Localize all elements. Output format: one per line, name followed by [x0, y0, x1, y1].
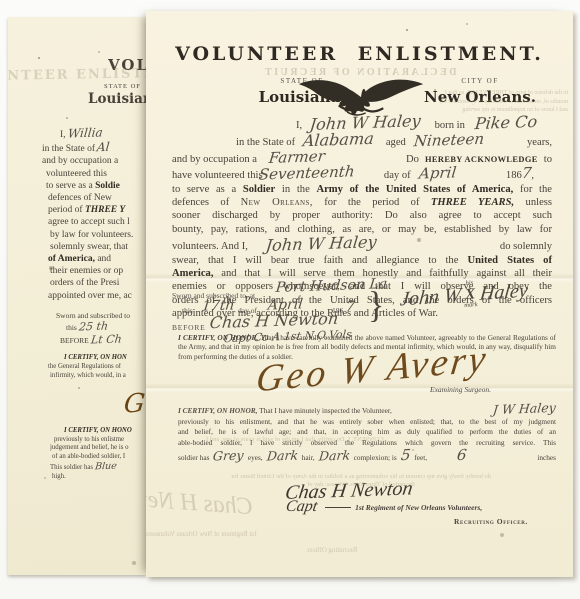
left-page-line: their enemies or op: [50, 265, 146, 277]
print-text: do solemnly: [500, 240, 552, 253]
enlistment-month-handwritten: April: [418, 166, 457, 182]
bleedthrough-line: do hereby freely give my consent to his …: [231, 473, 491, 480]
bleedthrough-text: 1st Regiment of New Orleans Volunteers: [146, 531, 257, 538]
rank-handwritten: Capt: [284, 498, 318, 516]
main-page: VOLUNTEER ENLISTMENT. DECLARATION OF REC…: [146, 11, 573, 577]
sworn-day-handwritten: 17th: [201, 298, 235, 313]
print-text: New Orleans,: [241, 197, 313, 208]
print-text: sooner discharged by proper authority: D…: [172, 210, 552, 221]
print-text: previously to his enlistme: [54, 436, 124, 443]
bleedthrough-text: Recruiting Officer.: [306, 547, 357, 554]
left-page-line: agree to accept such l: [48, 216, 146, 228]
print-text: to: [544, 153, 552, 166]
oath-line: defences of New Orleans, for the period …: [172, 196, 552, 209]
print-text: BEFORE: [172, 323, 206, 332]
x-mark: X: [465, 287, 476, 303]
surgeon-title: Examining Surgeon.: [430, 385, 491, 394]
bold-text: of America,: [48, 254, 95, 264]
left-page-line: appointed over me, ac: [48, 290, 146, 302]
print-text: THREE YEARS,: [431, 197, 514, 208]
eyes-handwritten: Grey: [213, 450, 245, 464]
bold-text: THREE Y: [85, 205, 125, 215]
signature-last-name: Haley: [479, 279, 529, 306]
height-inches-handwritten: 6: [456, 448, 467, 463]
print-text: BEFORE: [60, 336, 91, 345]
print-text: day of: [384, 169, 411, 182]
print-text: and by occupation a: [172, 153, 257, 166]
print-text: I CERTIFY, ON HON: [64, 354, 127, 361]
left-page-line: the General Regulations of: [48, 363, 146, 372]
print-text: of an able-bodied soldier, I: [52, 453, 125, 460]
print-text: feet,: [414, 453, 427, 464]
print-text: inches: [537, 453, 556, 464]
city-label: CITY OF: [410, 77, 550, 85]
print-text: orders of the Presi: [50, 278, 119, 288]
enlistment-day-handwritten: Seventeenth: [258, 165, 355, 183]
print-text: agree to accept such l: [48, 217, 130, 227]
his-mark-group: his X mark: [463, 280, 478, 309]
certificate-line: I CERTIFY, ON HONOR, That I have minutel…: [178, 403, 556, 417]
print-text: complexion; is: [354, 453, 397, 464]
print-text: by law for volunteers.: [50, 230, 133, 240]
oath-line: and by occupation a Farmer Do HEREBY ACK…: [172, 150, 552, 166]
print-text: United States of: [467, 255, 552, 266]
print-text: and by occupation a: [42, 156, 118, 166]
oath-line: to serve as a Soldier in the Army of the…: [172, 183, 552, 196]
print-text: for the: [520, 184, 552, 195]
left-page-line: I CERTIFY, ON HON: [64, 354, 146, 363]
handwritten-text: Willia: [67, 127, 103, 140]
left-page-line: infirmity, which would, in a: [50, 372, 146, 381]
print-text: I CERTIFY, ON HONO: [64, 427, 132, 434]
certify-lead: I CERTIFY, ON HONOR,: [178, 333, 258, 342]
print-text: to serve as a: [46, 181, 95, 191]
left-page-line: defences of New: [48, 192, 146, 204]
ink-speck: [406, 29, 408, 31]
print-text: soldier has: [178, 453, 209, 464]
age-handwritten: Nineteen: [413, 132, 485, 149]
print-text: Sworn and subscribed to: [56, 311, 130, 320]
bleedthrough-text: CONSENT. I, Do certify, that I am the of…: [206, 435, 536, 444]
print-text: solemnly swear, that: [50, 242, 128, 252]
print-text: Louisiana,: [88, 91, 146, 107]
certify-lead: I CERTIFY, ON HONOR,: [178, 406, 257, 417]
left-page-line: I, Willia: [60, 127, 146, 141]
left-page: UNTEER ENLISTMEN VOL STATE OF Louisiana,…: [8, 17, 146, 575]
left-page-line: volunteered this: [46, 168, 146, 180]
mark-label: mark: [464, 302, 478, 309]
print-text: I,: [296, 119, 302, 132]
print-text: infirmity, which would, in a: [50, 372, 126, 379]
print-text: previously to his enlistment, and that h…: [178, 417, 556, 426]
print-text: Do: [406, 153, 419, 166]
print-text: their enemies or op: [50, 266, 123, 276]
print-text: appointed over me, ac: [48, 291, 132, 301]
print-text: have volunteered this: [172, 169, 263, 182]
handwritten-text: G: [124, 391, 146, 417]
left-page-line: previously to his enlistme: [54, 436, 146, 445]
print-text: years,: [527, 136, 552, 149]
print-text: STATE OF: [104, 83, 141, 90]
left-page-line: in the State of Al: [42, 141, 146, 155]
print-text: in the: [282, 184, 310, 195]
recruiter-certificate: I CERTIFY, ON HONOR, That I have minutel…: [178, 403, 556, 464]
left-page-line: Louisiana,: [88, 91, 146, 107]
volunteer-signature: John W his X mark Haley: [399, 277, 528, 314]
left-page-line: of an able-bodied soldier, I: [52, 453, 146, 462]
print-text: Army of the United States of America,: [316, 184, 513, 195]
print-text: the General Regulations of: [48, 363, 121, 370]
print-text: this: [66, 323, 79, 332]
ink-speck: [38, 57, 40, 59]
enlistment-year: 1867,: [506, 166, 534, 182]
left-page-line: orders of the Presi: [50, 277, 146, 289]
print-text: high.: [52, 473, 66, 480]
print-text: Soldier: [243, 184, 275, 195]
volunteer-name-handwritten: John W Haley: [265, 234, 378, 254]
document-title: VOLUNTEER ENLISTMENT.: [146, 43, 573, 65]
print-text: and: [95, 254, 111, 264]
dash-rule: [325, 507, 351, 508]
print-text: This soldier has: [50, 464, 95, 471]
complexion-handwritten: Dark: [318, 450, 350, 464]
left-page-line: STATE OF: [104, 82, 146, 91]
left-page-line: to serve as a Soldie: [46, 180, 146, 192]
print-text: unless: [526, 197, 552, 208]
ghost-title-text: UNTEER ENLISTMEN: [8, 65, 146, 84]
print-text: volunteers. And I,: [172, 240, 248, 253]
certificate-line: soldier has Grey eyes, Dark hair, Dark c…: [178, 448, 556, 464]
left-page-line: Sworn and subscribed to: [56, 310, 146, 322]
print-text: ,: [354, 306, 356, 315]
handwritten-text: Blue: [94, 462, 117, 472]
left-page-line: I CERTIFY, ON HONO: [64, 427, 146, 436]
handwritten-text: 25 th: [78, 321, 108, 333]
oath-line: sooner discharged by proper authority: D…: [172, 209, 552, 222]
regiment-name: 1st Regiment of New Orleans Volunteers,: [355, 503, 482, 512]
hair-handwritten: Dark: [266, 450, 298, 464]
handwritten-text: Lt Ch: [90, 334, 122, 346]
left-page-line: BEFORE Lt Ch: [60, 334, 146, 347]
certify-body: That I have minutely inspected the Volun…: [259, 406, 392, 417]
oath-line: in the State of Alabama aged Nineteen ye…: [172, 132, 552, 149]
print-text: hair,: [302, 453, 315, 464]
oath-line: swear, that I will bear true faith and a…: [172, 254, 552, 267]
bleedthrough-line: the period of Three Years. Witness: day …: [307, 481, 415, 488]
certificate-line: previously to his enlistment, and that h…: [178, 417, 556, 428]
print-text: defences of New: [48, 193, 112, 203]
height-feet-handwritten: 5: [400, 448, 411, 463]
print-text: aged: [386, 136, 406, 149]
bleedthrough-text: do hereby freely give my consent to his …: [156, 473, 566, 490]
signature-first-name: John W: [399, 284, 462, 311]
print-text: for the period of: [324, 197, 419, 208]
volunteer-name-handwritten: J W Haley: [493, 402, 557, 417]
left-page-line: high.: [52, 473, 146, 482]
left-page-line: judgement and belief, he is o: [50, 444, 146, 453]
bold-text: Soldie: [95, 181, 120, 191]
left-page-line: period of THREE Y: [48, 204, 146, 216]
left-page-line: solemnly swear, that: [50, 241, 146, 253]
brace-glyph: }: [368, 285, 384, 327]
print-text: eyes,: [248, 453, 263, 464]
print-text: to serve as a: [172, 184, 236, 195]
print-text: swear, that I will bear true faith and a…: [172, 255, 458, 266]
left-page-line: of America, and: [48, 253, 146, 265]
print-text: in the State of: [42, 144, 97, 154]
left-page-line: this 25 th: [66, 321, 146, 334]
print-text: judgement and belief, he is o: [50, 444, 129, 451]
recruiting-officer-title: Recruiting Officer.: [454, 517, 528, 526]
year-digit-handwritten: 7: [521, 166, 532, 181]
print-text: volunteered this: [46, 169, 107, 179]
left-page-line: and by occupation a: [42, 155, 146, 167]
handwritten-text: Al: [97, 141, 111, 153]
oath-line: volunteers. And I, John W Haley do solem…: [172, 236, 552, 253]
left-page-line: This soldier has Blue: [50, 462, 146, 473]
left-page-line: by law for volunteers.: [50, 229, 146, 241]
print-text: 186: [506, 170, 522, 181]
bleedthrough-text: to the defence of term of THREE YEARS, s…: [438, 89, 568, 115]
print-text: defences of: [172, 197, 229, 208]
left-page-partial-signature: G: [124, 391, 146, 417]
print-text: this: [182, 306, 193, 315]
print-text: America,: [172, 268, 213, 279]
print-text: period of: [48, 205, 85, 215]
oath-line: have volunteered this Seventeenth day of…: [172, 166, 552, 182]
